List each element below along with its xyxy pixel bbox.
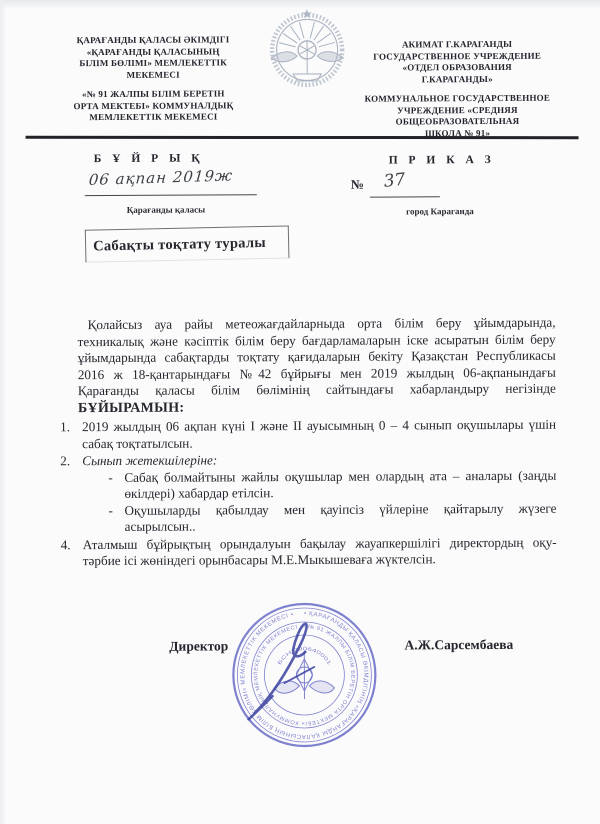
sub-item-1: - Сабақ болмайтыны жайлы оқушылар мен ол… — [104, 467, 556, 502]
place-russian: город Караганда — [369, 206, 511, 217]
intro-text: Қолайсыз ауа райы метеожағдайларныда орт… — [78, 315, 556, 399]
letterhead-russian: АКИМАТ Г.КАРАГАНДЫ ГОСУДАРСТВЕННОЕ УЧРЕЖ… — [331, 39, 584, 140]
list-item-1: 1. 2019 жылдың 06 ақпан күні I және II а… — [58, 417, 556, 453]
subject-title: Сабақты тоқтату туралы — [93, 235, 266, 255]
letterhead-kazakh: ҚАРАҒАНДЫ ҚАЛАСЫ ӘКІМДІГІ «ҚАРАҒАНДЫ ҚАЛ… — [24, 34, 282, 124]
school-seal-stamp: • ҚАРАҒАНДЫ ҚАЛАСЫ ӘКІМДІГІНІҢ «ҚАРАҒАНД… — [228, 595, 381, 756]
number-underline: 37 — [370, 171, 440, 197]
sub-item-text: Оқушыларды қабылдау мен қауіпсіз үйлерін… — [124, 500, 556, 535]
intro-paragraph: Қолайсыз ауа райы метеожағдайларныда орт… — [78, 315, 557, 418]
list-text: Аталмыш бұйрықтың орындалуын бақылау жау… — [83, 534, 557, 569]
document-sheet: ҚАРАҒАНДЫ ҚАЛАСЫ ӘКІМДІГІ «ҚАРАҒАНДЫ ҚАЛ… — [0, 0, 600, 824]
list-number: 2. — [58, 453, 82, 470]
letterhead-line: КОММУНАЛЬНОЕ ГОСУДАРСТВЕННОЕ — [331, 93, 583, 106]
list-number: 1. — [58, 419, 82, 452]
sub-item-2: - Оқушыларды қабылдау мен қауіпсіз үйлер… — [104, 500, 556, 535]
number-sign: № — [351, 177, 364, 192]
director-name: А.Ж.Сарсембаева — [404, 637, 513, 654]
resolve-keyword: БҰЙЫРАМЫН: — [78, 400, 184, 416]
scanned-order-document: { "page": { "header_left": { "block1": [… — [0, 0, 600, 824]
order-number-field: №37 — [351, 171, 440, 197]
order-date-field: 06 ақпан 2019ж — [85, 168, 257, 196]
order-title-kk: Б Ұ Й Р Ы Қ — [94, 153, 204, 166]
sub-item-text: Сабақ болмайтыны жайлы оқушылар мен олар… — [124, 467, 556, 502]
place-kazakh: Қарағанды қаласы — [95, 204, 237, 215]
dash-marker: - — [104, 502, 124, 535]
handwritten-date: 06 ақпан 2019ж — [84, 166, 234, 189]
dash-marker: - — [104, 469, 124, 502]
list-item-4: 4. Аталмыш бұйрықтың орындалуын бақылау … — [59, 534, 557, 570]
order-title-ru: П Р И К А З — [389, 154, 495, 167]
list-text: 2019 жылдың 06 ақпан күні I және II ауыс… — [82, 417, 556, 452]
handwritten-number: 37 — [369, 170, 407, 194]
order-body: Қолайсыз ауа райы метеожағдайларныда орт… — [58, 315, 557, 570]
letterhead-line: МЕМЛЕКЕТТІК МЕКЕМЕСІ — [24, 111, 282, 124]
header-divider — [26, 136, 579, 139]
subject-box: Сабақты тоқтату туралы — [85, 225, 290, 262]
list-number: 4. — [59, 537, 83, 570]
director-label: Директор — [169, 638, 228, 654]
